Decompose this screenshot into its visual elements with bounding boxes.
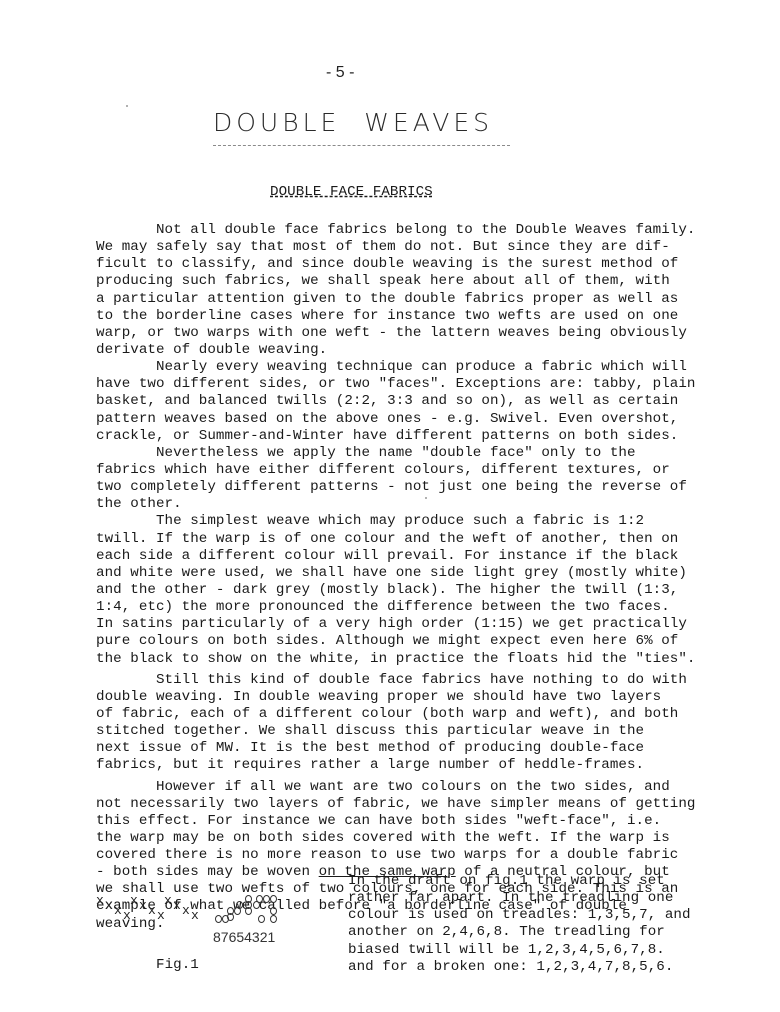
draft-x: x — [139, 898, 147, 913]
draft-x: x — [96, 893, 104, 908]
text-line: 1:4, etc) the more pronounced the differ… — [96, 599, 696, 616]
text-line: have two different sides, or two "faces"… — [96, 376, 696, 393]
text-line: covered there is no more reason to use t… — [96, 847, 696, 864]
figure-description: In the draft on fig.1 the warp is set ra… — [348, 873, 708, 976]
draft-x: x — [191, 908, 199, 923]
body-text: Not all double face fabrics belong to th… — [96, 222, 696, 933]
draft-x: x — [123, 908, 131, 923]
text-line: this effect. For instance we can have bo… — [96, 813, 696, 830]
draft-x: x — [157, 908, 165, 923]
text-line: The simplest weave which may produce suc… — [96, 513, 696, 530]
draft-x: x — [114, 903, 122, 918]
text-line: rather far apart. In the treadling one — [348, 890, 708, 907]
text-segment: - both sides may be woven — [96, 864, 319, 880]
text-line: not necessarily two layers of fabric, we… — [96, 796, 696, 813]
page-title: DOUBLE WEAVES — [213, 108, 513, 137]
draft-circle — [270, 895, 277, 903]
text-line: Nevertheless we apply the name "double f… — [96, 445, 696, 462]
text-line: to the borderline cases where for instan… — [96, 308, 696, 325]
text-line: double weaving. In double weaving proper… — [96, 689, 696, 706]
draft-x: x — [130, 893, 138, 908]
text-line: Still this kind of double face fabrics h… — [96, 672, 696, 689]
draft-circle — [263, 895, 270, 903]
text-line: colour is used on treadles: 1,3,5,7, and — [348, 907, 708, 924]
text-line: basket, and balanced twills (2:2, 3:3 an… — [96, 393, 696, 410]
text-line: another on 2,4,6,8. The treadling for — [348, 924, 708, 941]
text-line: biased twill will be 1,2,3,4,5,6,7,8. — [348, 942, 708, 959]
draft-x: x — [173, 898, 181, 913]
draft-circle — [227, 913, 234, 921]
text-line: fabrics, but it requires rather a large … — [96, 757, 696, 774]
text-line: derivate of double weaving. — [96, 342, 696, 359]
draft-circle — [270, 907, 277, 915]
text-line: In satins particularly of a very high or… — [96, 616, 696, 633]
draft-x: x — [182, 903, 190, 918]
page-number: - 5 - — [326, 64, 354, 82]
text-line: of fabric, each of a different colour (b… — [96, 706, 696, 723]
text-line: each side a different colour will prevai… — [96, 548, 696, 565]
text-line: Not all double face fabrics belong to th… — [96, 222, 696, 239]
section-heading: DOUBLE FACE FABRICS — [270, 184, 433, 200]
text-line: the warp may be on both sides covered wi… — [96, 830, 696, 847]
figure-caption: Fig.1 — [156, 957, 199, 973]
text-line: warp, or two warps with one weft - the l… — [96, 325, 696, 342]
draft-circle — [258, 915, 265, 923]
text-line: and the other - dark grey (mostly black)… — [96, 582, 696, 599]
text-line: the other. — [96, 496, 696, 513]
text-line: twill. If the warp is of one colour and … — [96, 531, 696, 548]
text-line: next issue of MW. It is the best method … — [96, 740, 696, 757]
draft-x: x — [164, 893, 172, 908]
text-line: fabrics which have either different colo… — [96, 462, 696, 479]
text-line: Nearly every weaving technique can produ… — [96, 359, 696, 376]
treadle-numbers: 87654321 — [213, 929, 275, 945]
draft-x: x — [148, 903, 156, 918]
draft-circle — [245, 907, 252, 915]
draft-circle — [270, 915, 277, 923]
text-line: the black to show on the white, in pract… — [96, 651, 696, 668]
text-line: pattern weaves based on the above ones -… — [96, 411, 696, 428]
text-line: two completely different patterns - not … — [96, 479, 696, 496]
draft-circle — [215, 915, 222, 923]
draft-x: x — [105, 898, 113, 913]
text-line: However if all we want are two colours o… — [96, 779, 696, 796]
text-line: and white were used, we shall have one s… — [96, 565, 696, 582]
draft-circle — [234, 907, 241, 915]
text-line: stitched together. We shall discuss this… — [96, 723, 696, 740]
text-line: pure colours on both sides. Although we … — [96, 633, 696, 650]
title-underline — [213, 145, 510, 146]
draft-circle — [253, 901, 260, 909]
text-line: We may safely say that most of them do n… — [96, 239, 696, 256]
text-line: and for a broken one: 1,2,3,4,7,8,5,6. — [348, 959, 708, 976]
text-line: crackle, or Summer-and-Winter have diffe… — [96, 428, 696, 445]
text-line: ficult to classify, and since double wea… — [96, 256, 696, 273]
text-line: a particular attention given to the doub… — [96, 291, 696, 308]
speck — [126, 105, 128, 107]
text-line: producing such fabrics, we shall speak h… — [96, 273, 696, 290]
text-line: In the draft on fig.1 the warp is set — [348, 873, 708, 890]
